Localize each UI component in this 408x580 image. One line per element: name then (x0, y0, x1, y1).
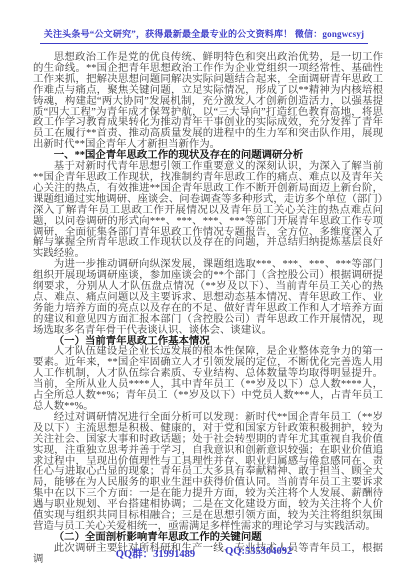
document-page: 关注头条号“公文研究”，获得最新最全最专业的公文资料库！ 微信：gongwcsy… (0, 0, 408, 580)
paragraph-intro: 思想政治工作是党的优良传统、鲜明特色和突出政治优势，是一切工作的生命线。**国企… (33, 53, 383, 151)
page-footer: QQ群：31991489 QQ:535304092 (0, 546, 408, 561)
page-header: 关注头条号“公文研究”，获得最新最全最专业的公文资料库！ 微信：gongwcsy… (0, 24, 408, 44)
document-body: 思想政治工作是党的优良传统、鲜明特色和突出政治优势，是一切工作的生命线。**国企… (33, 53, 383, 566)
qq-number: QQ:535304092 (225, 546, 292, 561)
paragraph-site-discussions: 为进一步推动调研向纵深发展，课题组选取***、***、***、***等部门组织开… (33, 260, 383, 336)
paragraph-analysis-findings: 经过对调研情况进行全面分析可以发现：新时代**国企青年员工（**岁及以下）主流思… (33, 413, 383, 533)
paragraph-talent-team: 人才队伍建设是企业长远发展的根本性保障，是企业整体竞争力的第一要素。近年来，**… (33, 347, 383, 412)
qq-group-number: QQ群：31991489 (116, 546, 195, 561)
header-banner-text: 关注头条号“公文研究”，获得最新最全最专业的公文资料库！ 微信：gongwcsy… (40, 27, 368, 44)
paragraph-survey-methods: 基于对新时代青年思想引领工作重要意义的深刻认识，为深入了解当前**国企青年思政工… (33, 162, 383, 260)
